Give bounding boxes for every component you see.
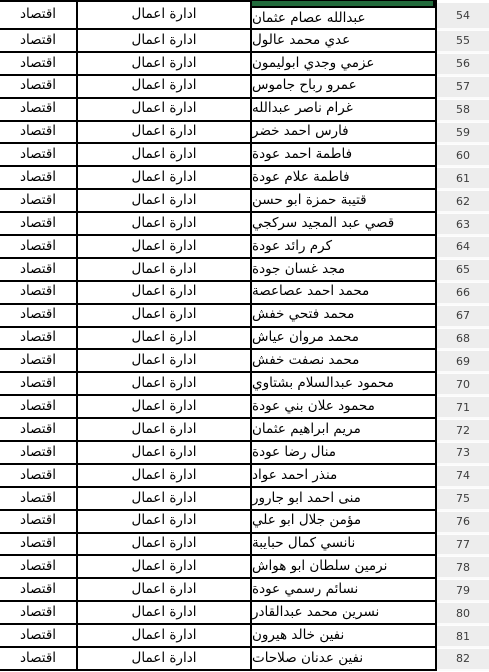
faculty-cell[interactable]: اقتصاد <box>0 282 78 305</box>
table-row: اقتصاد ادارة اعمال محمد فتحي خفش 67 <box>0 305 489 328</box>
row-number-header[interactable]: 61 <box>437 167 489 190</box>
table-row: اقتصاد ادارة اعمال غرام ناصر عبدالله 58 <box>0 99 489 122</box>
table-row: اقتصاد ادارة اعمال فاطمة علام عودة 61 <box>0 167 489 190</box>
row-number-header[interactable]: 54 <box>437 0 489 30</box>
spreadsheet-viewport: اقتصاد ادارة اعمال عبدالله عصام عثمان 54… <box>0 0 489 672</box>
row-number-header[interactable]: 56 <box>437 53 489 76</box>
name-cell[interactable]: منذر احمد عواد <box>252 465 437 488</box>
faculty-cell[interactable]: اقتصاد <box>0 602 78 625</box>
name-cell[interactable]: نفين خالد هيرون <box>252 625 437 648</box>
name-cell[interactable]: كرم رائد عودة <box>252 236 437 259</box>
faculty-cell[interactable]: اقتصاد <box>0 488 78 511</box>
name-cell[interactable]: نسائم رسمي عودة <box>252 579 437 602</box>
row-number-header[interactable]: 77 <box>437 534 489 557</box>
major-cell[interactable]: ادارة اعمال <box>78 648 252 671</box>
table-row: اقتصاد ادارة اعمال قصي عبد المجيد سركجي … <box>0 213 489 236</box>
major-cell[interactable]: ادارة اعمال <box>78 396 252 419</box>
faculty-cell[interactable]: اقتصاد <box>0 259 78 282</box>
name-cell[interactable]: عزمي وجدي ابوليمون <box>252 53 437 76</box>
faculty-cell[interactable]: اقتصاد <box>0 305 78 328</box>
name-cell[interactable]: عمرو رباح جاموس <box>252 76 437 99</box>
name-cell[interactable]: محمود عبدالسلام بشتاوي <box>252 373 437 396</box>
row-number-header[interactable]: 81 <box>437 625 489 648</box>
major-cell[interactable]: ادارة اعمال <box>78 76 252 99</box>
major-cell[interactable]: ادارة اعمال <box>78 442 252 465</box>
table-row: اقتصاد ادارة اعمال نسرين محمد عبدالقادر … <box>0 602 489 625</box>
name-cell[interactable]: قصي عبد المجيد سركجي <box>252 213 437 236</box>
faculty-cell[interactable]: اقتصاد <box>0 579 78 602</box>
table-row: اقتصاد ادارة اعمال منال رضا عودة 73 <box>0 442 489 465</box>
major-cell[interactable]: ادارة اعمال <box>78 213 252 236</box>
table-row: اقتصاد ادارة اعمال كرم رائد عودة 64 <box>0 236 489 259</box>
major-cell[interactable]: ادارة اعمال <box>78 190 252 213</box>
faculty-cell[interactable]: اقتصاد <box>0 213 78 236</box>
row-number-header[interactable]: 72 <box>437 419 489 442</box>
major-cell[interactable]: ادارة اعمال <box>78 350 252 373</box>
name-cell[interactable]: نانسي كمال حبايبة <box>252 534 437 557</box>
row-number-header[interactable]: 76 <box>437 511 489 534</box>
student-table: اقتصاد ادارة اعمال عبدالله عصام عثمان 54… <box>0 0 489 671</box>
major-cell[interactable]: ادارة اعمال <box>78 328 252 351</box>
table-row: اقتصاد ادارة اعمال محمود عبدالسلام بشتاو… <box>0 373 489 396</box>
major-cell[interactable]: ادارة اعمال <box>78 99 252 122</box>
faculty-cell[interactable]: اقتصاد <box>0 419 78 442</box>
name-cell[interactable]: مؤمن جلال ابو علي <box>252 511 437 534</box>
row-number-header[interactable]: 63 <box>437 213 489 236</box>
row-number-header[interactable]: 55 <box>437 30 489 53</box>
major-cell[interactable]: ادارة اعمال <box>78 373 252 396</box>
major-cell[interactable]: ادارة اعمال <box>78 144 252 167</box>
table-row: اقتصاد ادارة اعمال عمرو رباح جاموس 57 <box>0 76 489 99</box>
faculty-cell[interactable]: اقتصاد <box>0 396 78 419</box>
row-number-header[interactable]: 68 <box>437 328 489 351</box>
table-row: اقتصاد ادارة اعمال قتيبة حمزة ابو حسن 62 <box>0 190 489 213</box>
row-number-header[interactable]: 71 <box>437 396 489 419</box>
faculty-cell[interactable]: اقتصاد <box>0 648 78 671</box>
row-number-header[interactable]: 80 <box>437 602 489 625</box>
table-row: اقتصاد ادارة اعمال مريم ابراهيم عثمان 72 <box>0 419 489 442</box>
major-cell[interactable]: ادارة اعمال <box>78 534 252 557</box>
faculty-cell[interactable]: اقتصاد <box>0 53 78 76</box>
name-cell[interactable]: محمد مروان عياش <box>252 328 437 351</box>
name-cell[interactable]: مجد غسان جودة <box>252 259 437 282</box>
faculty-cell[interactable]: اقتصاد <box>0 511 78 534</box>
faculty-cell[interactable]: اقتصاد <box>0 465 78 488</box>
name-cell[interactable]: نفين عدنان صلاحات <box>252 648 437 671</box>
table-row: اقتصاد ادارة اعمال منى احمد ابو جارور 75 <box>0 488 489 511</box>
name-cell[interactable]: نسرين محمد عبدالقادر <box>252 602 437 625</box>
name-cell[interactable]: مريم ابراهيم عثمان <box>252 419 437 442</box>
name-cell[interactable]: نرمين سلطان ابو هواش <box>252 556 437 579</box>
faculty-cell[interactable]: اقتصاد <box>0 76 78 99</box>
table-row: اقتصاد ادارة اعمال نانسي كمال حبايبة 77 <box>0 534 489 557</box>
row-number-header[interactable]: 62 <box>437 190 489 213</box>
major-cell[interactable]: ادارة اعمال <box>78 556 252 579</box>
row-number-header[interactable]: 66 <box>437 282 489 305</box>
row-number-header[interactable]: 57 <box>437 76 489 99</box>
row-number-header[interactable]: 64 <box>437 236 489 259</box>
faculty-cell[interactable]: اقتصاد <box>0 30 78 53</box>
table-row: اقتصاد ادارة اعمال نسائم رسمي عودة 79 <box>0 579 489 602</box>
table-row: اقتصاد ادارة اعمال نفين خالد هيرون 81 <box>0 625 489 648</box>
row-number-header[interactable]: 65 <box>437 259 489 282</box>
faculty-cell[interactable]: اقتصاد <box>0 625 78 648</box>
faculty-cell[interactable]: اقتصاد <box>0 350 78 373</box>
name-cell[interactable]: فاطمة احمد عودة <box>252 144 437 167</box>
row-number-header[interactable]: 60 <box>437 144 489 167</box>
table-row: اقتصاد ادارة اعمال محمد نصفت خفش 69 <box>0 350 489 373</box>
major-cell[interactable]: ادارة اعمال <box>78 419 252 442</box>
row-number-header[interactable]: 70 <box>437 373 489 396</box>
major-cell[interactable]: ادارة اعمال <box>78 0 252 30</box>
row-number-header[interactable]: 73 <box>437 442 489 465</box>
name-cell[interactable]: قتيبة حمزة ابو حسن <box>252 190 437 213</box>
table-row: اقتصاد ادارة اعمال فارس احمد خضر 59 <box>0 122 489 145</box>
name-cell[interactable]: منال رضا عودة <box>252 442 437 465</box>
major-cell[interactable]: ادارة اعمال <box>78 30 252 53</box>
name-cell[interactable]: فاطمة علام عودة <box>252 167 437 190</box>
row-number-header[interactable]: 59 <box>437 122 489 145</box>
table-row: اقتصاد ادارة اعمال عزمي وجدي ابوليمون 56 <box>0 53 489 76</box>
major-cell[interactable]: ادارة اعمال <box>78 167 252 190</box>
faculty-cell[interactable]: اقتصاد <box>0 442 78 465</box>
major-cell[interactable]: ادارة اعمال <box>78 488 252 511</box>
faculty-cell[interactable]: اقتصاد <box>0 0 78 30</box>
faculty-cell[interactable]: اقتصاد <box>0 328 78 351</box>
name-cell[interactable]: محمود علان بني عودة <box>252 396 437 419</box>
name-cell[interactable]: غرام ناصر عبدالله <box>252 99 437 122</box>
major-cell[interactable]: ادارة اعمال <box>78 511 252 534</box>
row-number-header[interactable]: 78 <box>437 556 489 579</box>
major-cell[interactable]: ادارة اعمال <box>78 602 252 625</box>
major-cell[interactable]: ادارة اعمال <box>78 305 252 328</box>
table-row: اقتصاد ادارة اعمال منذر احمد عواد 74 <box>0 465 489 488</box>
row-number-header[interactable]: 69 <box>437 350 489 373</box>
faculty-cell[interactable]: اقتصاد <box>0 556 78 579</box>
table-row: اقتصاد ادارة اعمال محمود علان بني عودة 7… <box>0 396 489 419</box>
name-cell[interactable]: محمد نصفت خفش <box>252 350 437 373</box>
name-cell[interactable]: فارس احمد خضر <box>252 122 437 145</box>
major-cell[interactable]: ادارة اعمال <box>78 53 252 76</box>
major-cell[interactable]: ادارة اعمال <box>78 465 252 488</box>
faculty-cell[interactable]: اقتصاد <box>0 99 78 122</box>
major-cell[interactable]: ادارة اعمال <box>78 122 252 145</box>
name-cell[interactable]: عدي محمد عالول <box>252 30 437 53</box>
faculty-cell[interactable]: اقتصاد <box>0 167 78 190</box>
row-number-header[interactable]: 58 <box>437 99 489 122</box>
name-cell[interactable]: محمد احمد عصاعصة <box>252 282 437 305</box>
major-cell[interactable]: ادارة اعمال <box>78 579 252 602</box>
faculty-cell[interactable]: اقتصاد <box>0 122 78 145</box>
row-number-header[interactable]: 75 <box>437 488 489 511</box>
table-row: اقتصاد ادارة اعمال محمد مروان عياش 68 <box>0 328 489 351</box>
row-number-header[interactable]: 67 <box>437 305 489 328</box>
row-number-header[interactable]: 74 <box>437 465 489 488</box>
major-cell[interactable]: ادارة اعمال <box>78 625 252 648</box>
faculty-cell[interactable]: اقتصاد <box>0 534 78 557</box>
row-number-header[interactable]: 82 <box>437 648 489 671</box>
major-cell[interactable]: ادارة اعمال <box>78 282 252 305</box>
name-cell[interactable]: محمد فتحي خفش <box>252 305 437 328</box>
row-number-header[interactable]: 79 <box>437 579 489 602</box>
table-row: اقتصاد ادارة اعمال نرمين سلطان ابو هواش … <box>0 556 489 579</box>
table-row: اقتصاد ادارة اعمال فاطمة احمد عودة 60 <box>0 144 489 167</box>
table-row: اقتصاد ادارة اعمال نفين عدنان صلاحات 82 <box>0 648 489 671</box>
table-row: اقتصاد ادارة اعمال مجد غسان جودة 65 <box>0 259 489 282</box>
major-cell[interactable]: ادارة اعمال <box>78 259 252 282</box>
major-cell[interactable]: ادارة اعمال <box>78 236 252 259</box>
faculty-cell[interactable]: اقتصاد <box>0 144 78 167</box>
table-row: اقتصاد ادارة اعمال محمد احمد عصاعصة 66 <box>0 282 489 305</box>
green-header-cell[interactable] <box>252 0 435 8</box>
name-cell[interactable]: منى احمد ابو جارور <box>252 488 437 511</box>
faculty-cell[interactable]: اقتصاد <box>0 190 78 213</box>
faculty-cell[interactable]: اقتصاد <box>0 373 78 396</box>
faculty-cell[interactable]: اقتصاد <box>0 236 78 259</box>
table-row: اقتصاد ادارة اعمال عدي محمد عالول 55 <box>0 30 489 53</box>
table-row: اقتصاد ادارة اعمال مؤمن جلال ابو علي 76 <box>0 511 489 534</box>
